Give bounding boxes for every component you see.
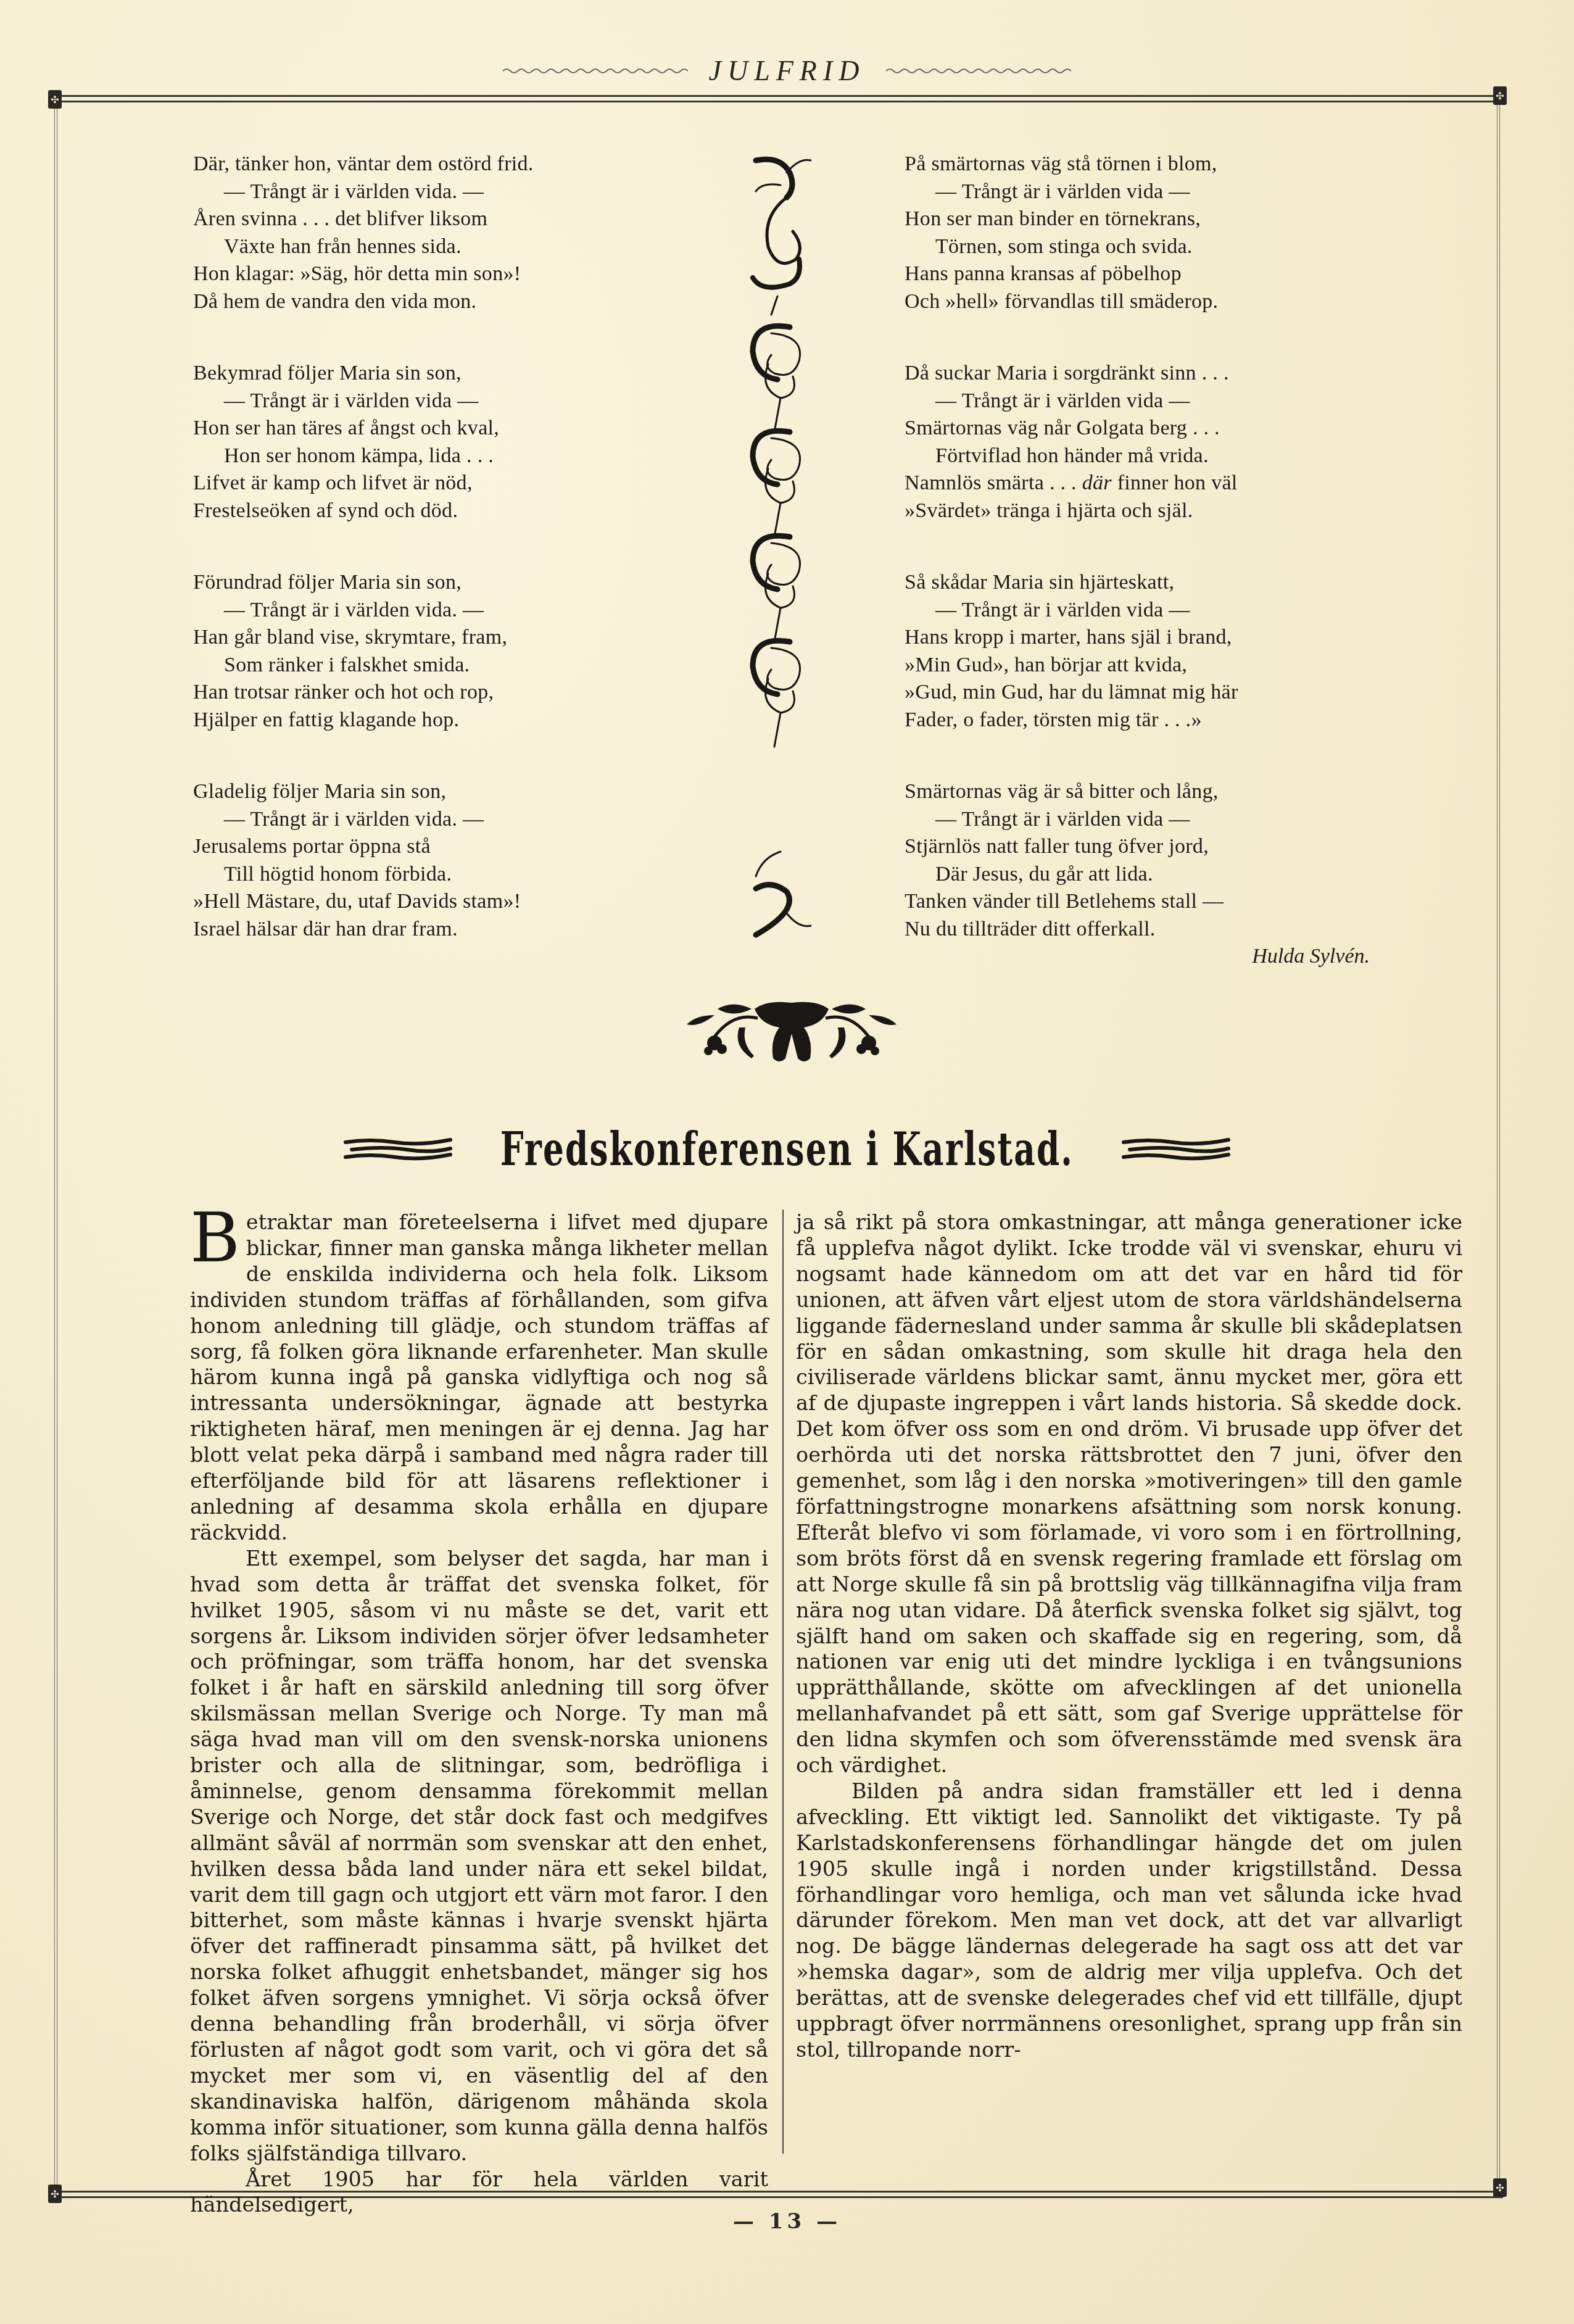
poem-refrain: — Trångt är i världen vida. —: [193, 178, 674, 206]
poem-line: Lifvet är kamp och lifvet är nöd,: [193, 470, 674, 497]
stanza: Gladelig följer Maria sin son, — Trångt …: [193, 778, 674, 943]
stanza: Där, tänker hon, väntar dem ostörd frid.…: [193, 151, 674, 315]
scroll-dash-ornament-icon: [1117, 1131, 1235, 1168]
poem-line: »Hell Mästare, du, utaf Davids stam»!: [193, 888, 674, 916]
poem-line: Han går bland vise, skrymtare, fram,: [193, 624, 674, 652]
poem-line: Jerusalems portar öppna stå: [193, 833, 674, 861]
poem-line: Namnlös smärta . . . där finner hon väl: [905, 470, 1398, 497]
running-header: JULFRID: [0, 54, 1574, 87]
poem-line: Fader, o fader, törsten mig tär . . .»: [905, 707, 1398, 734]
poem-line: Hon ser han täres af ångst och kval,: [193, 415, 674, 442]
scroll-dash-ornament-icon: [339, 1131, 457, 1168]
poem-line: Där, tänker hon, väntar dem ostörd frid.: [193, 151, 674, 178]
poem-line: Förundrad följer Maria sin son,: [193, 569, 674, 597]
poem-line: Och »hell» förvandlas till smäderop.: [905, 288, 1398, 316]
poem-line: Han trotsar ränker och hot och rop,: [193, 679, 674, 707]
article-paragraph: Ett exempel, som belyser det sagda, har …: [190, 1546, 768, 2167]
poem-line: »Gud, min Gud, har du lämnat mig här: [905, 679, 1398, 707]
poem-line: Åren svinna . . . det blifver liksom: [193, 205, 674, 233]
poem-refrain: — Trångt är i världen vida —: [905, 597, 1398, 625]
poem-text: finner hon väl: [1112, 471, 1238, 494]
poem-line: Hans kropp i marter, hans själ i brand,: [905, 624, 1398, 652]
poem-line: Gladelig följer Maria sin son,: [193, 778, 674, 806]
poem-line: Smärtornas väg når Golgata berg . . .: [905, 415, 1398, 442]
poem-line: Israel hälsar där han drar fram.: [193, 916, 674, 944]
poem-line: Då suckar Maria i sorgdränkt sinn . . .: [905, 360, 1398, 388]
drop-cap: B: [190, 1212, 240, 1264]
poem-right-column: På smärtornas väg stå törnen i blom, — T…: [905, 151, 1398, 971]
article-heading: Fredskonferensen i Karlstad.: [0, 1123, 1574, 1176]
poem-line: Stjärnlös natt faller tung öfver jord,: [905, 833, 1398, 861]
poem-refrain: — Trångt är i världen vida —: [905, 806, 1398, 834]
emphasis-text: där: [1082, 471, 1112, 494]
poem-refrain: — Trångt är i världen vida. —: [193, 806, 674, 834]
stanza: Så skådar Maria sin hjärteskatt, — Trång…: [905, 569, 1398, 734]
poem-line: Hon ser man binder en törnekrans,: [905, 205, 1398, 233]
poem-line: Tanken vänder till Betlehems stall —: [905, 888, 1398, 916]
corner-ornament-icon: ✣: [48, 90, 62, 109]
poem-line: Bekymrad följer Maria sin son,: [193, 360, 674, 388]
poem-line: Förtviflad hon händer må vrida.: [905, 442, 1398, 470]
stanza: Bekymrad följer Maria sin son, — Trångt …: [193, 360, 674, 525]
poem-line: Hon klagar: »Säg, hör detta min son»!: [193, 260, 674, 288]
poem-line: Till högtid honom förbida.: [193, 861, 674, 889]
poem-line: »Min Gud», han börjar att kvida,: [905, 652, 1398, 679]
poem-line: Smärtornas väg är så bitter och lång,: [905, 778, 1398, 806]
stanza: Smärtornas väg är så bitter och lång, — …: [905, 778, 1398, 943]
article-left-column: Betraktar man företeelserna i lifvet med…: [190, 1210, 768, 2218]
floral-fleuron-icon: [677, 990, 906, 1064]
poem-line: Nu du tillträder ditt offerkall.: [905, 916, 1398, 944]
poem-line: »Svärdet» tränga i hjärta och själ.: [905, 497, 1398, 525]
poem-left-column: Där, tänker hon, väntar dem ostörd frid.…: [193, 151, 674, 987]
article-title: Fredskonferensen i Karlstad.: [500, 1123, 1074, 1176]
poem-refrain: — Trångt är i världen vida —: [193, 388, 674, 415]
corner-ornament-icon: ✣: [1493, 2178, 1507, 2197]
poem-line: Då hem de vandra den vida mon.: [193, 288, 674, 316]
paragraph-text: etraktar man företeelserna i lifvet med …: [190, 1210, 768, 1545]
poem-signature: Hulda Sylvén.: [905, 943, 1398, 971]
article-right-column: ja så rikt på stora omkastningar, att må…: [796, 1210, 1462, 2063]
vine-ornament-icon: [744, 148, 811, 957]
poem-text: Namnlös smärta . . .: [905, 471, 1082, 494]
corner-ornament-icon: ✣: [48, 2185, 62, 2203]
poem-line: Växte han från hennes sida.: [193, 233, 674, 261]
wavy-rule-right-icon: [886, 67, 1071, 75]
stanza: Förundrad följer Maria sin son, — Trångt…: [193, 569, 674, 734]
article-paragraph: Bilden på andra sidan framställer ett le…: [796, 1778, 1462, 2063]
column-divider: [782, 1210, 784, 2154]
page-number: — 13 —: [0, 2209, 1574, 2234]
poem-line: Så skådar Maria sin hjärteskatt,: [905, 569, 1398, 597]
poem-line: Frestelseöken af synd och död.: [193, 497, 674, 525]
poem-line: På smärtornas väg stå törnen i blom,: [905, 151, 1398, 178]
wavy-rule-left-icon: [503, 67, 688, 75]
poem-refrain: — Trångt är i världen vida —: [905, 178, 1398, 206]
article-paragraph: ja så rikt på stora omkastningar, att må…: [796, 1210, 1462, 1778]
poem-refrain: — Trångt är i världen vida —: [905, 388, 1398, 415]
poem-line: Törnen, som stinga och svida.: [905, 233, 1398, 261]
article-paragraph: Betraktar man företeelserna i lifvet med…: [190, 1210, 768, 1546]
poem-line: Där Jesus, du går att lida.: [905, 861, 1398, 889]
corner-ornament-icon: ✣: [1493, 86, 1507, 105]
poem-line: Som ränker i falskhet smida.: [193, 652, 674, 679]
poem-line: Hon ser honom kämpa, lida . . .: [193, 442, 674, 470]
running-title: JULFRID: [709, 54, 866, 87]
stanza: På smärtornas väg stå törnen i blom, — T…: [905, 151, 1398, 315]
poem-line: Hjälper en fattig klagande hop.: [193, 707, 674, 734]
stanza: Då suckar Maria i sorgdränkt sinn . . . …: [905, 360, 1398, 525]
poem-refrain: — Trångt är i världen vida. —: [193, 597, 674, 625]
frame-top-rule: [52, 95, 1503, 102]
poem-line: Hans panna kransas af pöbelhop: [905, 260, 1398, 288]
